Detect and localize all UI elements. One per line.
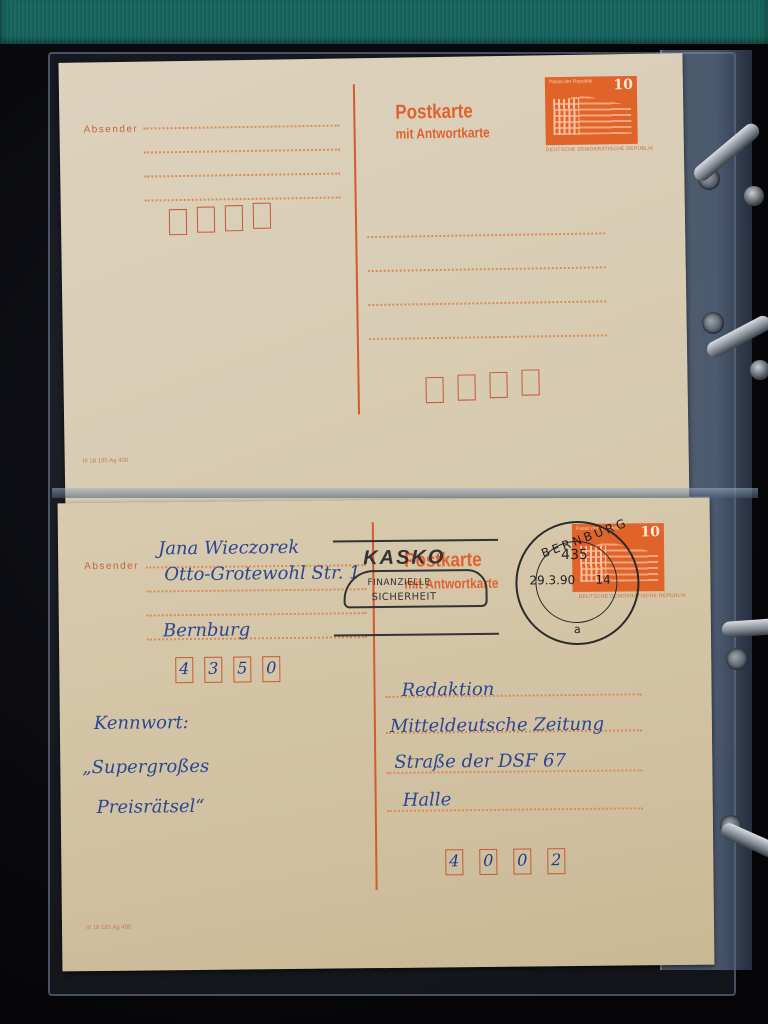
sender-plz-box: 0 bbox=[262, 656, 280, 682]
sleeve-pocket-seam bbox=[52, 488, 758, 498]
address-line bbox=[368, 266, 606, 272]
note-line-2: „Supergroßes bbox=[82, 756, 209, 778]
slogan-line-1: FINANZIELLE bbox=[367, 578, 430, 589]
recipient-plz-box bbox=[521, 369, 539, 395]
slogan-cancellation: KASKO FINANZIELLE SICHERHEIT bbox=[333, 539, 499, 637]
sender-line bbox=[144, 149, 340, 154]
note-keyword: Kennwort: bbox=[94, 712, 189, 734]
absender-label: Absender bbox=[84, 561, 139, 573]
sender-plz-box bbox=[253, 203, 271, 229]
recipient-plz-box: 4 bbox=[445, 849, 463, 875]
postmark-letter: a bbox=[574, 623, 581, 636]
slogan-line-2: SICHERHEIT bbox=[372, 591, 437, 603]
sender-plz-box bbox=[169, 209, 187, 235]
sender-line bbox=[145, 197, 341, 202]
sender-line bbox=[143, 125, 339, 130]
sender-line bbox=[144, 173, 340, 178]
postmark-code: 435 bbox=[561, 547, 588, 563]
postcard-top: Absender Postkarte mit Antwortkarte Pala… bbox=[58, 53, 689, 517]
recipient-plz-box: 0 bbox=[479, 849, 497, 875]
recipient-line-1: Redaktion bbox=[401, 679, 494, 701]
divider-line bbox=[353, 84, 360, 414]
recipient-plz-box: 0 bbox=[513, 848, 531, 874]
postmark-hour: 14 bbox=[595, 573, 610, 587]
sender-street: Otto-Grotewohl Str. 1 bbox=[164, 562, 360, 585]
binder-screw bbox=[744, 186, 764, 206]
recipient-plz-box bbox=[425, 377, 443, 403]
recipient-plz-box bbox=[489, 372, 507, 398]
sender-plz-box: 5 bbox=[233, 656, 251, 682]
address-line bbox=[368, 300, 606, 306]
binder-ring bbox=[721, 618, 768, 638]
recipient-plz-box: 2 bbox=[547, 848, 565, 874]
stamp-value: 10 bbox=[613, 77, 633, 93]
sender-plz-box: 3 bbox=[204, 657, 222, 683]
print-code: III 18 185 Ag 400 bbox=[83, 458, 128, 465]
sender-name: Jana Wieczorek bbox=[158, 537, 299, 559]
recipient-line-2: Mitteldeutsche Zeitung bbox=[390, 714, 604, 737]
sender-plz-box bbox=[225, 205, 243, 231]
card-title: Postkarte bbox=[395, 100, 473, 124]
card-subtitle: mit Antwortkarte bbox=[395, 124, 489, 141]
printed-stamp: Palast der Republik 10 bbox=[545, 76, 638, 145]
sender-plz-box: 4 bbox=[175, 657, 193, 683]
print-code: III 18 185 Ag 400 bbox=[86, 925, 131, 931]
postmark-date: 29.3.90 bbox=[529, 573, 575, 587]
stamp-value: 10 bbox=[640, 524, 660, 540]
sender-plz-box bbox=[197, 206, 215, 232]
recipient-plz-box bbox=[457, 374, 475, 400]
postcard-bottom: Absender Jana Wieczorek Otto-Grotewohl S… bbox=[58, 497, 715, 972]
building-facade-icon bbox=[553, 99, 580, 135]
green-cloth-background bbox=[0, 0, 768, 48]
address-line bbox=[369, 334, 607, 340]
circular-postmark: BERNBURG 435 29.3.90 14 a bbox=[515, 520, 640, 645]
sender-city: Bernburg bbox=[163, 619, 251, 641]
punch-hole bbox=[726, 648, 748, 670]
stamp-caption: Palast der Republik bbox=[549, 79, 592, 86]
stamp-country: DEUTSCHE DEMOKRATISCHE REPUBLIK bbox=[546, 146, 654, 154]
binder-screw bbox=[750, 360, 768, 380]
punch-hole bbox=[702, 312, 724, 334]
note-line-3: Preisrätsel“ bbox=[97, 796, 205, 818]
recipient-line-3: Straße der DSF 67 bbox=[394, 750, 566, 773]
absender-label: Absender bbox=[83, 124, 138, 136]
recipient-line-4: Halle bbox=[403, 789, 452, 811]
slogan-headline: KASKO bbox=[363, 546, 445, 570]
address-line bbox=[367, 232, 605, 238]
